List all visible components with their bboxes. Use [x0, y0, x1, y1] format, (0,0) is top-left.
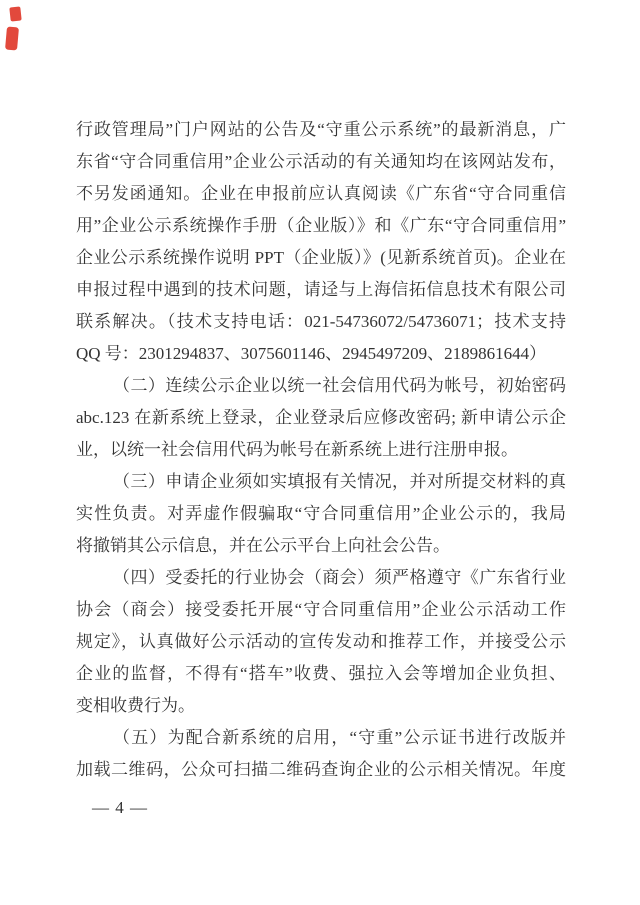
document-text-line: （五）为配合新系统的启用，“守重”公示证书进行改版并 [76, 722, 566, 754]
red-stamp-fragment-bottom [5, 27, 19, 51]
document-text-line: （三）申请企业须如实填报有关情况，并对所提交材料的真 [76, 466, 566, 498]
document-text-line: 用”企业公示系统操作手册（企业版）》和《广东“守合同重信用” [76, 210, 566, 242]
document-text-line: 联系解决。（技术支持电话：021-54736072/54736071；技术支持 [76, 306, 566, 338]
document-text-line: 企业的监督，不得有“搭车”收费、强拉入会等增加企业负担、 [76, 658, 566, 690]
document-text-line: 加载二维码，公众可扫描二维码查询企业的公示相关情况。年度 [76, 754, 566, 786]
document-text-line: 协会（商会）接受委托开展“守合同重信用”企业公示活动工作 [76, 594, 566, 626]
page-number: — 4 — [92, 798, 148, 818]
document-text-line: 企业公示系统操作说明 PPT（企业版）》(见新系统首页)。企业在 [76, 242, 566, 274]
document-body-text: 行政管理局”门户网站的公告及“守重公示系统”的最新消息，广东省“守合同重信用”企… [76, 114, 566, 786]
document-text-line: （四）受委托的行业协会（商会）须严格遵守《广东省行业 [76, 562, 566, 594]
document-text-line: 申报过程中遇到的技术问题，请迳与上海信拓信息技术有限公司 [76, 274, 566, 306]
document-text-line: 行政管理局”门户网站的公告及“守重公示系统”的最新消息，广 [76, 114, 566, 146]
document-text-line: 将撤销其公示信息，并在公示平台上向社会公告。 [76, 530, 566, 562]
scanned-document-page: 行政管理局”门户网站的公告及“守重公示系统”的最新消息，广东省“守合同重信用”企… [0, 0, 640, 905]
document-text-line: abc.123 在新系统上登录，企业登录后应修改密码; 新申请公示企 [76, 402, 566, 434]
document-text-line: 规定》，认真做好公示活动的宣传发动和推荐工作，并接受公示 [76, 626, 566, 658]
document-text-line: 东省“守合同重信用”企业公示活动的有关通知均在该网站发布， [76, 146, 566, 178]
document-text-line: （二）连续公示企业以统一社会信用代码为帐号，初始密码 [76, 370, 566, 402]
document-text-line: 不另发函通知。企业在申报前应认真阅读《广东省“守合同重信 [76, 178, 566, 210]
document-text-line: QQ 号：2301294837、3075601146、2945497209、21… [76, 338, 566, 370]
document-text-line: 变相收费行为。 [76, 690, 566, 722]
document-text-line: 业，以统一社会信用代码为帐号在新系统上进行注册申报。 [76, 434, 566, 466]
red-stamp-fragment-top [9, 6, 21, 21]
document-text-line: 实性负责。对弄虚作假骗取“守合同重信用”企业公示的，我局 [76, 498, 566, 530]
